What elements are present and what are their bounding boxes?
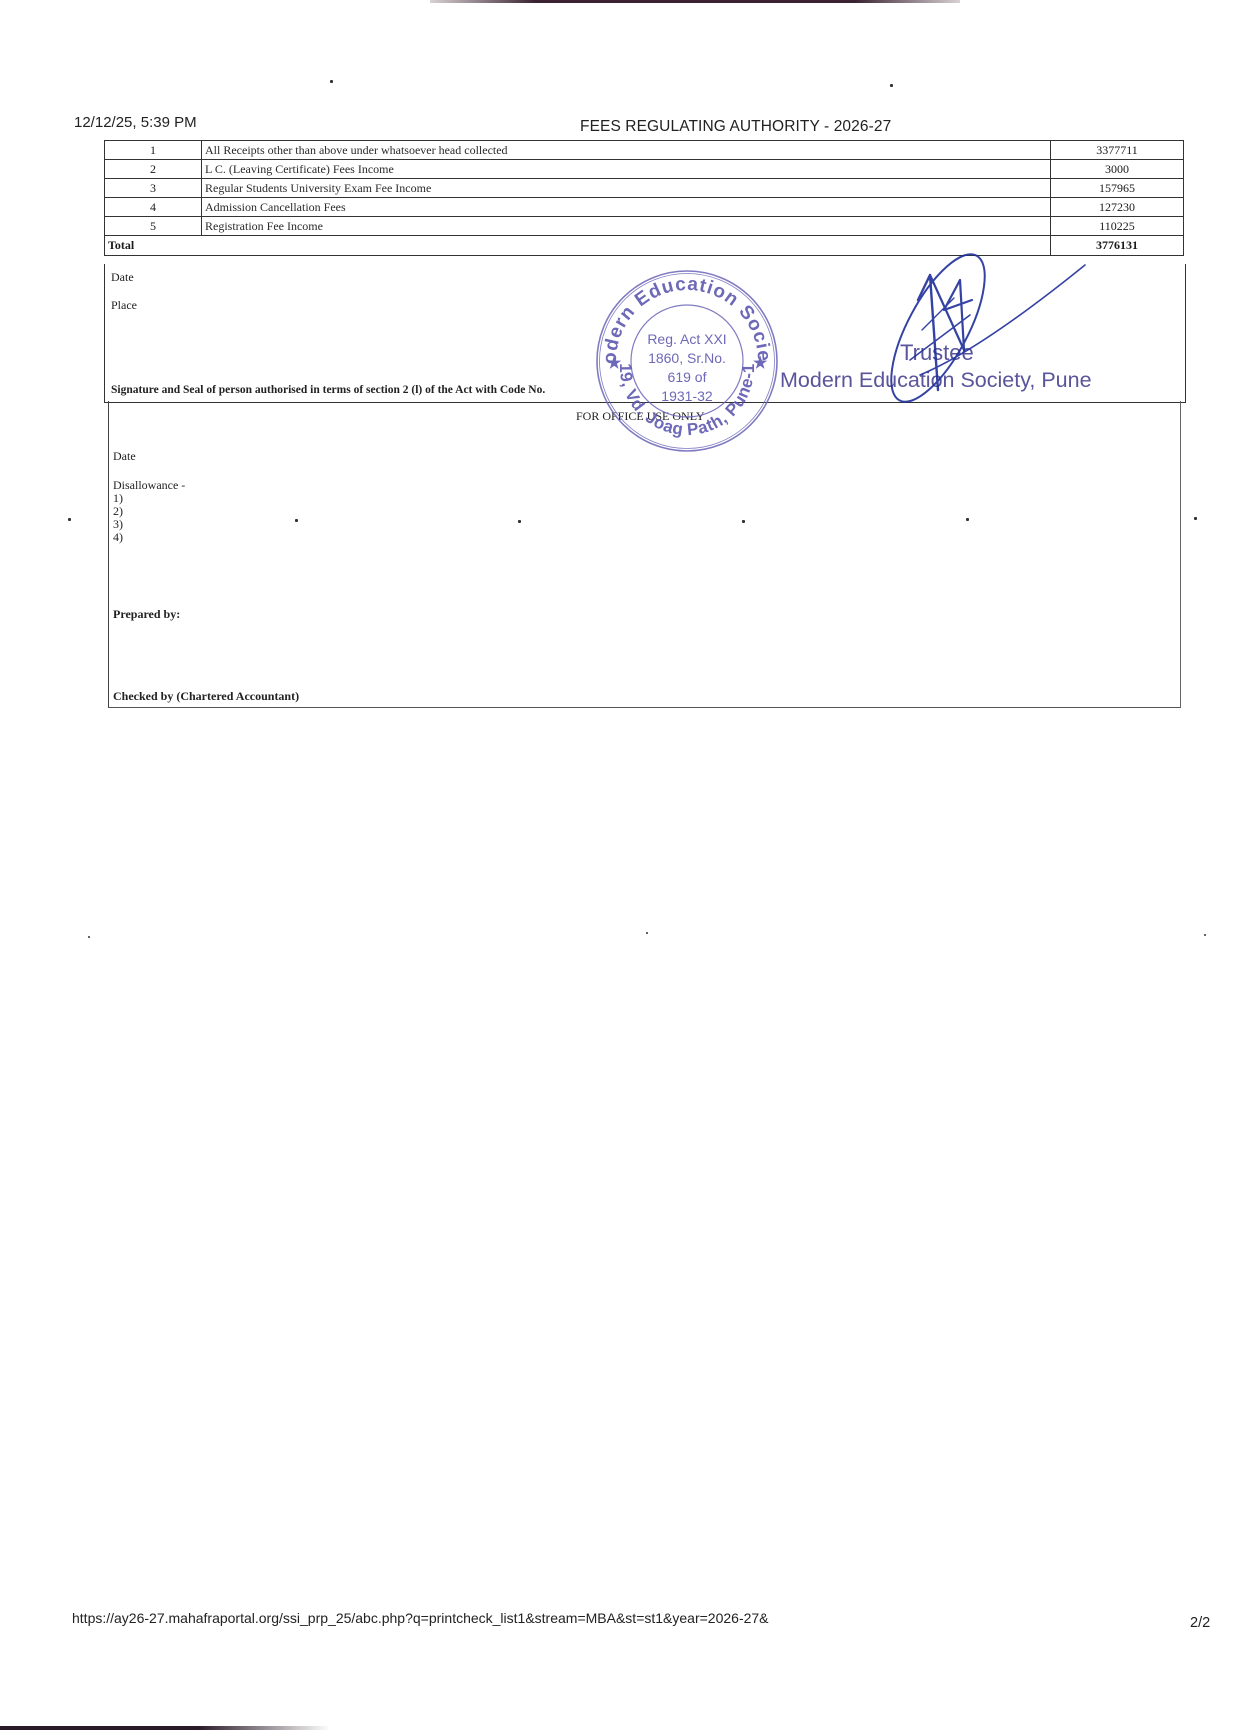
print-timestamp: 12/12/25, 5:39 PM (74, 114, 197, 131)
stamp-line: 619 of (668, 369, 707, 385)
scan-speck (1204, 934, 1206, 936)
scan-speck (1194, 517, 1197, 520)
scan-speck (518, 520, 521, 523)
scan-edge-shadow-top (430, 0, 960, 3)
disallowance-list: 1) 2) 3) 4) (113, 492, 123, 544)
row-number: 2 (105, 160, 202, 179)
row-description: Admission Cancellation Fees (202, 198, 1051, 217)
scan-speck (890, 84, 893, 87)
table-row: 3 Regular Students University Exam Fee I… (105, 179, 1184, 198)
svg-text:★: ★ (607, 355, 622, 372)
scan-speck (966, 518, 969, 521)
row-amount: 3377711 (1051, 141, 1184, 160)
row-amount: 3000 (1051, 160, 1184, 179)
scan-speck (68, 518, 71, 521)
scan-speck (646, 932, 648, 934)
scan-speck (330, 80, 333, 83)
row-amount: 110225 (1051, 217, 1184, 236)
row-number: 3 (105, 179, 202, 198)
date-label: Date (111, 270, 134, 285)
society-seal-stamp-icon: Modern Education Society 19, Vd. Joag Pa… (594, 268, 780, 454)
table-row: 5 Registration Fee Income 110225 (105, 217, 1184, 236)
page-title: FEES REGULATING AUTHORITY - 2026-27 (580, 118, 891, 136)
fees-income-table: 1 All Receipts other than above under wh… (104, 140, 1184, 256)
stamp-line: 1860, Sr.No. (648, 350, 726, 366)
page-number: 2/2 (1190, 1615, 1210, 1631)
place-label: Place (111, 298, 137, 313)
prepared-by-label: Prepared by: (113, 607, 180, 622)
row-number: 5 (105, 217, 202, 236)
office-date-label: Date (113, 449, 136, 464)
row-description: All Receipts other than above under what… (202, 141, 1051, 160)
table-row: 1 All Receipts other than above under wh… (105, 141, 1184, 160)
disallowance-item: 4) (113, 531, 123, 544)
scan-speck (88, 936, 90, 938)
authorisation-text: Signature and Seal of person authorised … (111, 384, 545, 396)
row-description: Registration Fee Income (202, 217, 1051, 236)
scan-speck (295, 519, 298, 522)
stamp-line: Reg. Act XXI (647, 331, 726, 347)
disallowance-label: Disallowance - (113, 478, 185, 493)
scan-speck (742, 520, 745, 523)
handwritten-signature-icon (860, 240, 1090, 410)
row-amount: 127230 (1051, 198, 1184, 217)
svg-text:★: ★ (753, 355, 768, 372)
row-number: 4 (105, 198, 202, 217)
row-description: Regular Students University Exam Fee Inc… (202, 179, 1051, 198)
checked-by-label: Checked by (Chartered Accountant) (113, 689, 299, 704)
table-row: 4 Admission Cancellation Fees 127230 (105, 198, 1184, 217)
footer-url: https://ay26-27.mahafraportal.org/ssi_pr… (72, 1610, 769, 1626)
scan-edge-shadow-bottom (0, 1726, 330, 1730)
row-number: 1 (105, 141, 202, 160)
row-amount: 157965 (1051, 179, 1184, 198)
table-row: 2 L C. (Leaving Certificate) Fees Income… (105, 160, 1184, 179)
stamp-line: 1931-32 (661, 388, 713, 404)
row-description: L C. (Leaving Certificate) Fees Income (202, 160, 1051, 179)
